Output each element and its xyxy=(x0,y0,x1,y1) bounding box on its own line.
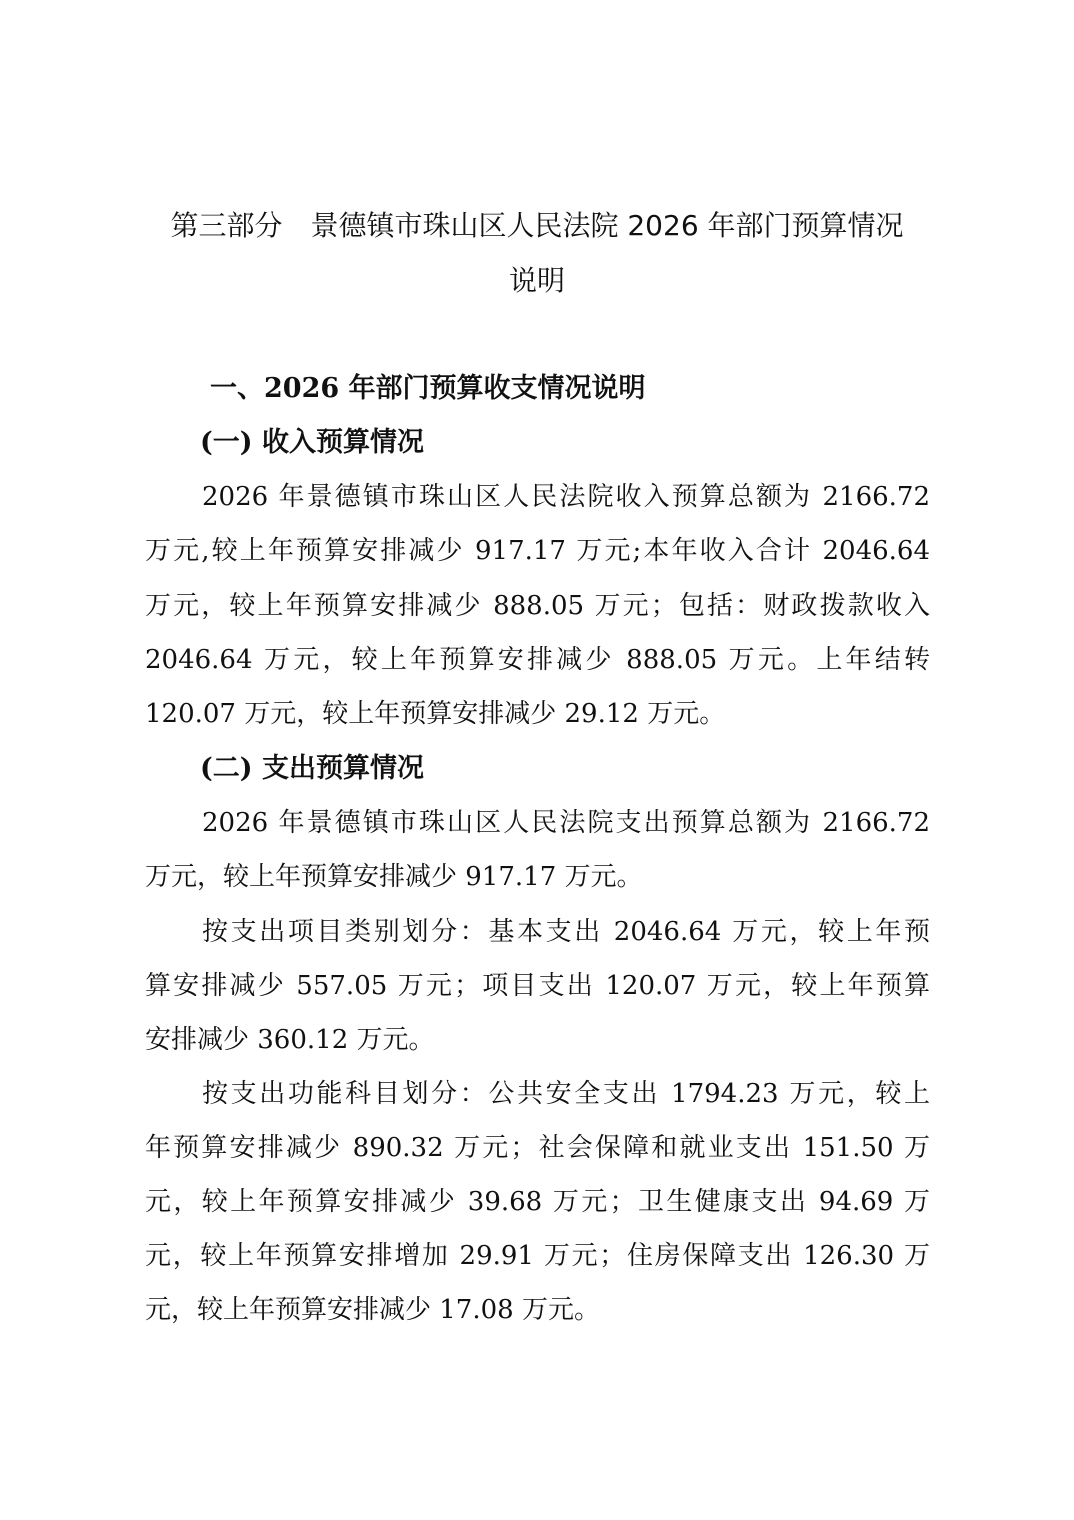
income-paragraph-line: 万元，较上年预算安排减少 888.05 万元；包括：财政拨款收入 xyxy=(145,585,930,622)
expenditure-by-category-line: 安排减少 360.12 万元。 xyxy=(145,1019,930,1056)
section-heading: 一、2026 年部门预算收支情况说明 xyxy=(210,366,646,405)
page-title-line-2: 说明 xyxy=(0,259,1074,299)
expenditure-by-function-line: 元，较上年预算安排减少 17.08 万元。 xyxy=(145,1289,930,1326)
expenditure-by-function-line: 按支出功能科目划分：公共安全支出 1794.23 万元，较上 xyxy=(202,1073,930,1110)
expenditure-by-function-line: 年预算安排减少 890.32 万元；社会保障和就业支出 151.50 万 xyxy=(145,1127,930,1164)
expenditure-total-line: 万元，较上年预算安排减少 917.17 万元。 xyxy=(145,856,930,893)
subsection-heading-income: (一) 收入预算情况 xyxy=(200,420,424,459)
income-paragraph-line: 2026 年景德镇市珠山区人民法院收入预算总额为 2166.72 xyxy=(202,476,930,513)
income-paragraph-line: 120.07 万元，较上年预算安排减少 29.12 万元。 xyxy=(145,693,930,730)
expenditure-by-category-line: 按支出项目类别划分：基本支出 2046.64 万元，较上年预 xyxy=(202,911,930,948)
expenditure-by-function-line: 元，较上年预算安排增加 29.91 万元；住房保障支出 126.30 万 xyxy=(145,1235,930,1272)
page-title-line-1: 第三部分 景德镇市珠山区人民法院 2026 年部门预算情况 xyxy=(0,204,1074,244)
expenditure-total-line: 2026 年景德镇市珠山区人民法院支出预算总额为 2166.72 xyxy=(202,802,930,839)
income-paragraph-line: 万元,较上年预算安排减少 917.17 万元;本年收入合计 2046.64 xyxy=(145,530,930,567)
subsection-heading-expenditure: (二) 支出预算情况 xyxy=(200,746,424,785)
document-page: 第三部分 景德镇市珠山区人民法院 2026 年部门预算情况 说明 一、2026 … xyxy=(0,0,1074,1520)
income-paragraph-line: 2046.64 万元，较上年预算安排减少 888.05 万元。上年结转 xyxy=(145,639,930,676)
expenditure-by-category-line: 算安排减少 557.05 万元；项目支出 120.07 万元，较上年预算 xyxy=(145,965,930,1002)
expenditure-by-function-line: 元，较上年预算安排减少 39.68 万元；卫生健康支出 94.69 万 xyxy=(145,1181,930,1218)
